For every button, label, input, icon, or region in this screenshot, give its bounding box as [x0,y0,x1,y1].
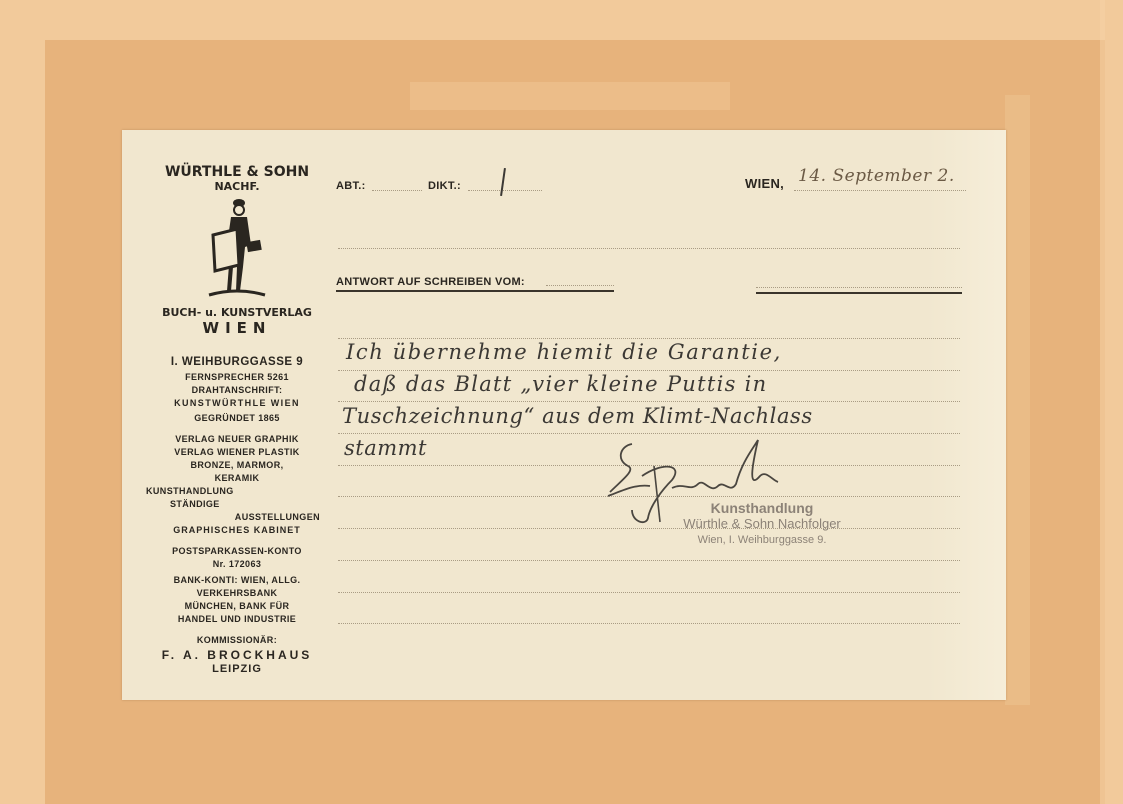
mat-strip-top [45,0,1105,40]
service-item: KERAMIK [142,472,332,485]
dikt-field [468,190,542,191]
blank-line [338,248,960,249]
writing-line [338,338,960,339]
writing-line [338,370,960,371]
bank-line: MÜNCHEN, BANK FÜR [142,600,332,613]
service-item: STÄNDIGE [142,498,332,511]
paper-light-edge [926,130,1006,700]
man-carrying-portfolio-icon [207,195,267,299]
service-item: BRONZE, MARMOR, [142,459,332,472]
postal-account-number: Nr. 172063 [142,558,332,571]
stamp-line-2: Würthle & Sohn Nachfolger [662,516,862,531]
reference-underline [756,292,962,294]
abt-field [372,190,422,191]
bank-line: VERKEHRSBANK [142,587,332,600]
phone: FERNSPRECHER 5261 [142,371,332,384]
service-item: VERLAG NEUER GRAPHIK [142,433,332,446]
writing-line [338,592,960,593]
writing-line [338,433,960,434]
reference-field [756,287,962,288]
logo-top-line: WÜRTHLE & SOHN [157,164,317,180]
date-value: 14. September 2. [798,166,955,186]
stamp-line-3: Wien, I. Weihburggasse 9. [662,534,862,546]
postal-account-label: POSTSPARKASSEN-KONTO [142,545,332,558]
commissioner-name: F. A. BROCKHAUS [142,647,332,663]
service-item: GRAPHISCHES KABINET [142,524,332,537]
place-label: WIEN, [745,176,784,191]
letter-sheet: WÜRTHLE & SOHN NACHF. BUCH- u. KUNSTVERL… [122,130,1006,700]
date-field [794,190,966,191]
stamp-line-1: Kunsthandlung [662,500,862,516]
reply-underline [336,290,614,292]
dikt-value-stroke [500,168,506,196]
commissioner-city: LEIPZIG [142,663,332,675]
logo-bottom-line: BUCH- u. KUNSTVERLAG [157,306,317,319]
mat-strip-right [1100,0,1123,804]
mat-strip-shadow [1005,95,1030,705]
telegram-address: KUNSTWÜRTHLE WIEN [142,397,332,410]
bank-line: HANDEL UND INDUSTRIE [142,613,332,626]
reply-label: ANTWORT AUF SCHREIBEN VOM: [336,276,525,288]
mat-tape-mark [410,82,730,110]
founded: GEGRÜNDET 1865 [142,412,332,425]
logo-second-line: NACHF. [157,180,317,193]
bank-line: BANK-KONTI: WIEN, ALLG. [142,574,332,587]
logo-city: WIEN [157,319,317,337]
address: I. WEIHBURGGASSE 9 [142,356,332,368]
letterhead: WÜRTHLE & SOHN NACHF. BUCH- u. KUNSTVERL… [142,164,332,675]
mat-strip-left [0,0,45,804]
service-item: VERLAG WIENER PLASTIK [142,446,332,459]
body-line-1: Ich übernehme hiemit die Garantie, [346,340,782,364]
body-line-4: stammt [344,436,427,460]
dealer-stamp: Kunsthandlung Würthle & Sohn Nachfolger … [662,500,862,546]
writing-line [338,528,960,529]
dikt-label: DIKT.: [428,180,461,192]
body-line-2: daß das Blatt „vier kleine Puttis in [354,372,768,396]
writing-line [338,623,960,624]
body-line-3: Tuschzeichnung“ aus dem Klimt-Nachlass [342,404,813,428]
telegram-label: DRAHTANSCHRIFT: [142,384,332,397]
service-item: AUSSTELLUNGEN [142,511,332,524]
reply-date-field [546,285,614,286]
publisher-logo: WÜRTHLE & SOHN NACHF. BUCH- u. KUNSTVERL… [157,164,317,342]
abt-label: ABT.: [336,180,366,192]
service-item: KUNSTHANDLUNG [142,485,332,498]
writing-line [338,401,960,402]
writing-line [338,560,960,561]
commissioner-label: KOMMISSIONÄR: [142,634,332,647]
